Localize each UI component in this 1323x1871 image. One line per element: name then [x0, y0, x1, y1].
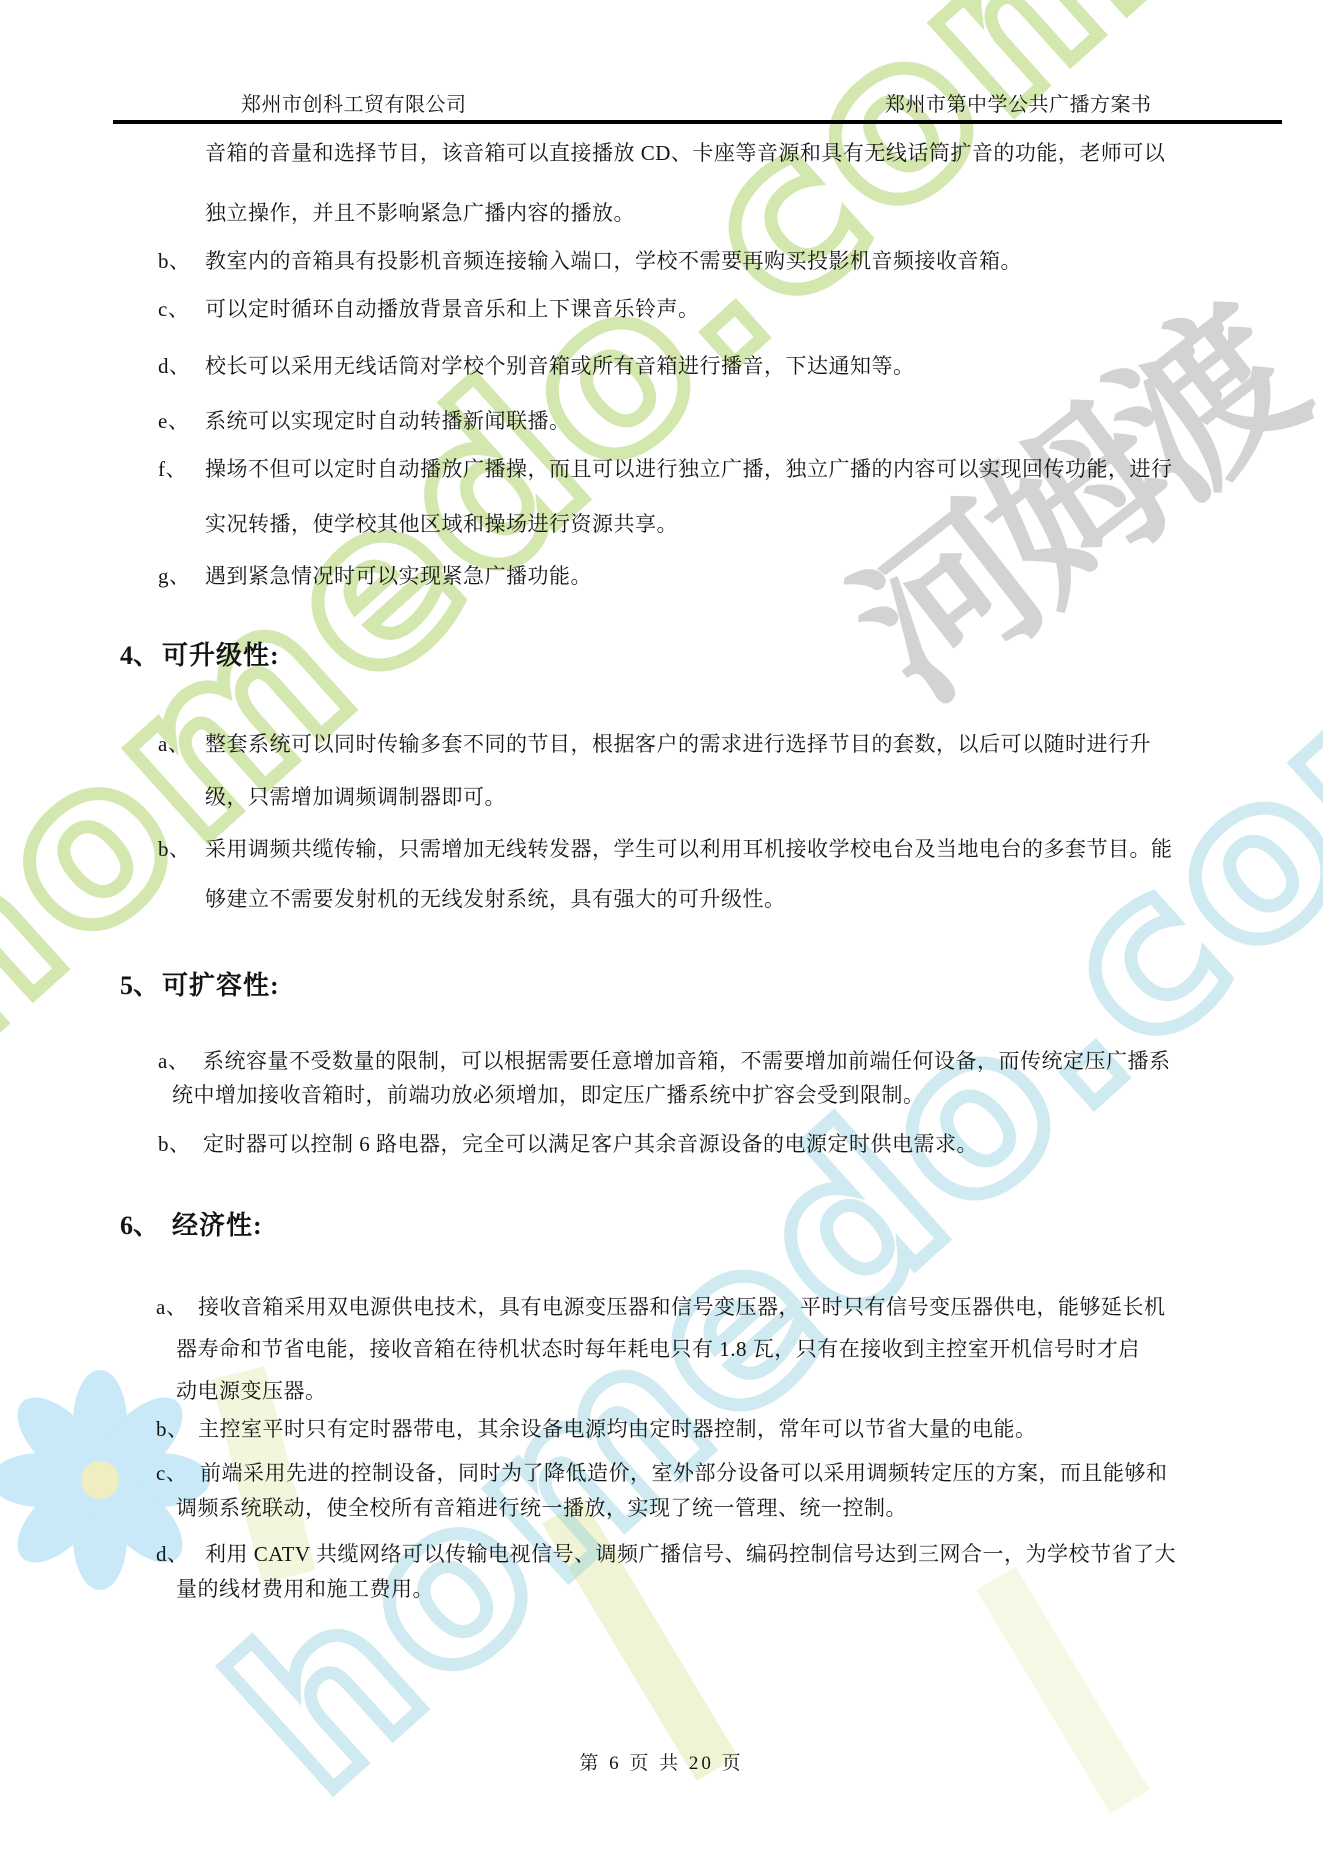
list-item-text: 前端采用先进的控制设备，同时为了降低造价，室外部分设备可以采用调频转定压的方案，…	[200, 1462, 1168, 1485]
section-heading-title: 经济性:	[172, 1212, 263, 1239]
list-item-text: 利用 CATV 共缆网络可以传输电视信号、调频广播信号、编码控制信号达到三网合一…	[205, 1543, 1176, 1566]
list-item-text: 操场不但可以定时自动播放广播操，而且可以进行独立广播，独立广播的内容可以实现回传…	[205, 458, 1173, 481]
list-item-label: a、	[158, 1050, 189, 1073]
header-rule	[113, 120, 1282, 124]
list-item-text: 实况转播，使学校其他区域和操场进行资源共享。	[205, 513, 678, 536]
list-item-text: 量的线材费用和施工费用。	[176, 1578, 434, 1601]
list-item-text: 够建立不需要发射机的无线发射系统，具有强大的可升级性。	[205, 888, 786, 911]
list-item-label: c、	[158, 298, 189, 321]
list-item-text: 校长可以采用无线话筒对学校个别音箱或所有音箱进行播音，下达通知等。	[205, 355, 915, 378]
list-item-text: 可以定时循环自动播放背景音乐和上下课音乐铃声。	[205, 298, 700, 321]
header-company: 郑州市创科工贸有限公司	[241, 88, 467, 117]
list-item-text: 遇到紧急情况时可以实现紧急广播功能。	[205, 565, 592, 588]
list-item-text: 接收音箱采用双电源供电技术，具有电源变压器和信号变压器，平时只有信号变压器供电，…	[198, 1296, 1166, 1319]
header-doc-title: 郑州市第中学公共广播方案书	[885, 88, 1152, 117]
list-item-label: b、	[158, 1133, 191, 1156]
list-item-text: 采用调频共缆传输，只需增加无线转发器，学生可以利用耳机接收学校电台及当地电台的多…	[205, 838, 1173, 861]
list-item-label: b、	[156, 1418, 189, 1441]
list-item-text: 整套系统可以同时传输多套不同的节目，根据客户的需求进行选择节目的套数，以后可以随…	[205, 733, 1151, 756]
list-item-text: 级，只需增加调频调制器即可。	[205, 786, 506, 809]
document-page: 河姆渡 homedo.com homedo.com 郑州市创科工贸有限公司 郑州…	[0, 0, 1323, 1871]
section-heading-number: 4、	[120, 642, 159, 669]
list-item-label: d、	[158, 355, 191, 378]
list-item-label: b、	[158, 250, 191, 273]
list-item-label: f、	[158, 458, 187, 481]
list-item-text: 统中增加接收音箱时，前端功放必须增加，即定压广播系统中扩容会受到限制。	[172, 1084, 925, 1107]
section-heading-number: 5、	[120, 972, 159, 999]
list-item-label: c、	[156, 1462, 187, 1485]
list-item-label: e、	[158, 410, 189, 433]
section-heading-number: 6、	[120, 1212, 159, 1239]
page-number: 第 6 页 共 20 页	[579, 1748, 743, 1775]
list-item-label: g、	[158, 565, 191, 588]
list-item-label: b、	[158, 838, 191, 861]
paragraph-line: 独立操作，并且不影响紧急广播内容的播放。	[205, 202, 635, 225]
list-item-label: a、	[156, 1296, 187, 1319]
list-item-label: d、	[156, 1543, 189, 1566]
list-item-text: 主控室平时只有定时器带电，其余设备电源均由定时器控制，常年可以节省大量的电能。	[198, 1418, 1037, 1441]
list-item-text: 系统容量不受数量的限制，可以根据需要任意增加音箱，不需要增加前端任何设备，而传统…	[203, 1050, 1171, 1073]
list-item-label: a、	[158, 733, 189, 756]
list-item-text: 调频系统联动，使全校所有音箱进行统一播放，实现了统一管理、统一控制。	[176, 1497, 907, 1520]
list-item-text: 定时器可以控制 6 路电器，完全可以满足客户其余音源设备的电源定时供电需求。	[203, 1133, 978, 1156]
document-content: 郑州市创科工贸有限公司 郑州市第中学公共广播方案书 音箱的音量和选择节目，该音箱…	[0, 0, 1323, 1871]
list-item-text: 器寿命和节省电能，接收音箱在待机状态时每年耗电只有 1.8 瓦，只有在接收到主控…	[176, 1338, 1140, 1361]
list-item-text: 教室内的音箱具有投影机音频连接输入端口，学校不需要再购买投影机音频接收音箱。	[205, 250, 1022, 273]
section-heading-title: 可升级性:	[162, 642, 280, 669]
section-heading-title: 可扩容性:	[162, 972, 280, 999]
list-item-text: 系统可以实现定时自动转播新闻联播。	[205, 410, 571, 433]
paragraph-line: 音箱的音量和选择节目，该音箱可以直接播放 CD、卡座等音源和具有无线话筒扩音的功…	[205, 142, 1165, 165]
list-item-text: 动电源变压器。	[176, 1380, 327, 1403]
